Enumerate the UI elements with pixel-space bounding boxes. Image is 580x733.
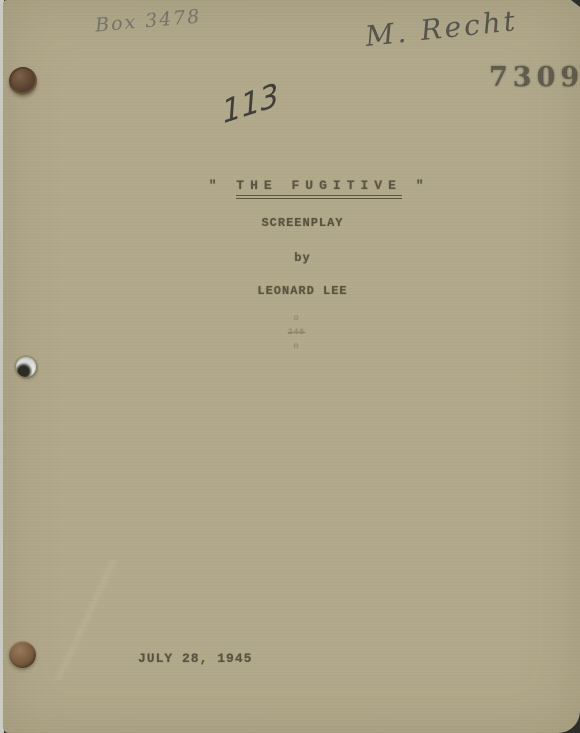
punched-hole-middle bbox=[16, 357, 36, 377]
torn-corner-notch bbox=[571, 0, 580, 7]
stamp-number: 7309 bbox=[489, 62, 580, 93]
owner-signature-annotation: M. Recht bbox=[364, 4, 520, 53]
title-close-quote: " bbox=[402, 178, 430, 193]
date-line: JULY 28, 1945 bbox=[138, 651, 252, 666]
box-number-annotation: Box 3478 bbox=[94, 5, 202, 36]
credit-byline: by bbox=[14, 251, 580, 265]
title-text: THE FUGITIVE bbox=[236, 178, 402, 199]
brass-fastener-top bbox=[9, 67, 37, 95]
brass-fastener-bottom bbox=[9, 641, 36, 668]
screenplay-cover-paper: Box 3478 M. Recht 7309 113 " THE FUGITIV… bbox=[3, 0, 580, 733]
credit-author: LEONARD LEE bbox=[14, 284, 580, 298]
title-open-quote: " bbox=[209, 178, 237, 193]
ornament-middle-struck: 246 bbox=[8, 328, 580, 337]
ornament-top: o bbox=[8, 314, 580, 323]
ornament-bottom: o bbox=[8, 342, 580, 351]
copy-number-annotation: 113 bbox=[221, 77, 281, 132]
title-line: " THE FUGITIVE " bbox=[3, 163, 580, 208]
credit-type: SCREENPLAY bbox=[14, 216, 580, 230]
